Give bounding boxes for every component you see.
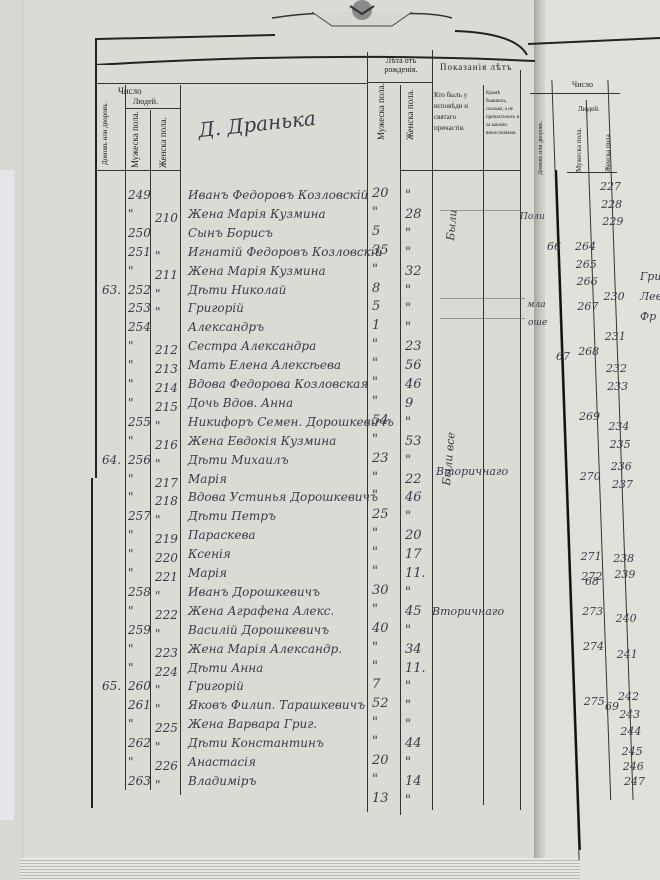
age-male: " xyxy=(372,772,378,787)
age-female: 56 xyxy=(405,358,422,373)
female-number: 215 xyxy=(155,400,178,414)
remark-dash-3: оше xyxy=(528,318,547,328)
female-number: " xyxy=(155,627,161,641)
right-male-number: 265 xyxy=(576,258,597,271)
male-number: 261 xyxy=(128,698,151,712)
female-number: 221 xyxy=(155,570,178,584)
header-leta-male: Мужеска пола. xyxy=(376,85,386,140)
person-name: Никифоръ Семен. Дорошкевичъ xyxy=(188,415,394,429)
header-rule xyxy=(97,83,367,84)
age-female: " xyxy=(405,623,411,638)
header-chislo: Число xyxy=(118,86,142,96)
male-number: 254 xyxy=(128,320,151,334)
right-female-number: 233 xyxy=(607,380,628,393)
person-name: Сынъ Борисъ xyxy=(188,226,273,240)
age-male: 8 xyxy=(372,281,380,296)
age-male: " xyxy=(372,602,378,617)
header-lyudey: Людей. xyxy=(133,97,158,106)
age-female: " xyxy=(405,320,411,335)
person-name: Жена Марія Кузмина xyxy=(188,264,326,278)
person-name: Вдова Федорова Козловская xyxy=(188,377,368,391)
age-female: 44 xyxy=(405,736,422,751)
female-number: 224 xyxy=(155,665,178,679)
col-line xyxy=(367,52,368,812)
female-number: 210 xyxy=(155,211,178,225)
header-kto: Кто былъ у исповѣди и святаго причастія. xyxy=(434,90,482,134)
age-male: " xyxy=(372,337,378,352)
male-number: 256 xyxy=(128,453,151,467)
female-number: " xyxy=(155,702,161,716)
male-number: 259 xyxy=(128,623,151,637)
female-number: 226 xyxy=(155,759,178,773)
remark-dash-line xyxy=(440,318,525,319)
male-number: " xyxy=(128,642,134,656)
age-female: 28 xyxy=(405,207,422,222)
male-number: " xyxy=(128,377,134,391)
female-number: 212 xyxy=(155,343,178,357)
right-female-number: 241 xyxy=(617,648,638,661)
right-house-number: 69 xyxy=(605,700,619,713)
remark-vertical-2: Были xyxy=(444,209,460,241)
age-female: 34 xyxy=(405,642,422,657)
male-number: 257 xyxy=(128,509,151,523)
right-female-number: 238 xyxy=(613,552,634,565)
person-name: Владиміръ xyxy=(188,774,256,788)
male-number: 262 xyxy=(128,736,151,750)
male-number: " xyxy=(128,472,134,486)
right-male-number: 264 xyxy=(575,240,596,253)
right-header-lyudey: Людей. xyxy=(578,105,600,113)
background-card xyxy=(0,170,14,820)
male-number: " xyxy=(128,566,134,580)
male-number: 253 xyxy=(128,301,151,315)
male-number: " xyxy=(128,755,134,769)
person-name: Марія xyxy=(188,472,227,486)
age-male: " xyxy=(372,715,378,730)
female-number: 211 xyxy=(155,268,178,282)
male-number: 250 xyxy=(128,226,151,240)
male-number: 255 xyxy=(128,415,151,429)
male-number: " xyxy=(128,604,134,618)
female-number: 220 xyxy=(155,551,178,565)
age-male: " xyxy=(372,640,378,655)
female-number: 214 xyxy=(155,381,178,395)
male-number: 258 xyxy=(128,585,151,599)
age-male: 25 xyxy=(372,507,389,522)
age-male: " xyxy=(372,659,378,674)
double-headed-eagle-emblem-icon xyxy=(272,0,452,28)
right-header-female: Женска пола. xyxy=(604,117,612,172)
col-line xyxy=(483,85,484,805)
age-male: 13 xyxy=(372,791,389,806)
age-male: " xyxy=(372,205,378,220)
right-female-number: 235 xyxy=(610,438,631,451)
right-female-number: 245 xyxy=(622,745,643,758)
left-frame-line xyxy=(95,38,97,478)
right-male-number: 275 xyxy=(584,695,605,708)
age-female: " xyxy=(405,415,411,430)
age-male: 52 xyxy=(372,696,389,711)
age-female: 17 xyxy=(405,547,422,562)
age-female: " xyxy=(405,793,411,808)
age-female: " xyxy=(405,717,411,732)
female-number: 217 xyxy=(155,476,178,490)
female-number: " xyxy=(155,457,161,471)
person-name: Жена Варвара Григ. xyxy=(188,717,317,731)
right-male-number: 268 xyxy=(578,345,599,358)
age-male: 5 xyxy=(372,224,380,239)
female-number: 216 xyxy=(155,438,178,452)
left-frame-line-lower xyxy=(91,478,93,808)
header-female: Женска пола. xyxy=(158,108,168,168)
col-line xyxy=(180,85,181,795)
right-female-number: 229 xyxy=(602,215,623,228)
male-number: 260 xyxy=(128,679,151,693)
age-male: " xyxy=(372,356,378,371)
person-name: Игнатій Федоровъ Козловскій xyxy=(188,245,382,259)
person-name: Марія xyxy=(188,566,227,580)
female-number: " xyxy=(155,778,161,792)
age-female: 20 xyxy=(405,528,422,543)
right-female-number: 240 xyxy=(616,612,637,625)
female-number: " xyxy=(155,513,161,527)
person-name: Дѣти Анна xyxy=(188,661,263,675)
male-number: " xyxy=(128,207,134,221)
right-name-fragment: Лев xyxy=(640,290,660,303)
male-number: 251 xyxy=(128,245,151,259)
person-name: Анастасія xyxy=(188,755,256,769)
right-female-number: 246 xyxy=(623,760,644,773)
header-leta-female: Женска пола. xyxy=(405,85,415,140)
person-name: Жена Марія Кузмина xyxy=(188,207,326,221)
age-male: " xyxy=(372,734,378,749)
col-line xyxy=(125,85,126,790)
age-male: 20 xyxy=(372,186,389,201)
house-number: 63. xyxy=(102,283,121,297)
age-male: 40 xyxy=(372,621,389,636)
female-number: 225 xyxy=(155,721,178,735)
page-edges xyxy=(20,858,580,880)
age-female: 32 xyxy=(405,264,422,279)
age-female: 45 xyxy=(405,604,422,619)
person-name: Жена Аграфена Алекс. xyxy=(188,604,334,618)
right-female-number: 234 xyxy=(608,420,629,433)
header-krome: Кромѣ бывшихъ, сколько, а не причастилис… xyxy=(486,90,520,138)
age-female: 9 xyxy=(405,396,413,411)
age-male: " xyxy=(372,394,378,409)
right-male-number: 274 xyxy=(583,640,604,653)
age-female: " xyxy=(405,755,411,770)
female-number: 219 xyxy=(155,532,178,546)
age-male: 1 xyxy=(372,318,380,333)
male-number: " xyxy=(128,547,134,561)
right-female-number: 230 xyxy=(604,290,625,303)
person-name: Сестра Александра xyxy=(188,339,316,353)
male-number: " xyxy=(128,264,134,278)
right-female-number: 236 xyxy=(611,460,632,473)
female-number: 223 xyxy=(155,646,178,660)
age-female: 53 xyxy=(405,434,422,449)
right-female-number: 244 xyxy=(620,725,641,738)
header-domov: Домовъ или дворовъ. xyxy=(101,95,109,165)
person-name: Александръ xyxy=(188,320,264,334)
remark-dash-1: Поли xyxy=(520,212,545,222)
male-number: " xyxy=(128,396,134,410)
female-number: 213 xyxy=(155,362,178,376)
right-female-number: 239 xyxy=(614,568,635,581)
age-female: " xyxy=(405,301,411,316)
header-leta: Лѣта отъ рожденія. xyxy=(372,56,430,74)
person-name: Иванъ Федоровъ Козловскій xyxy=(188,188,368,202)
right-header-chislo: Число xyxy=(572,80,593,89)
right-male-number: 269 xyxy=(579,410,600,423)
right-male-number: 267 xyxy=(577,300,598,313)
female-number: " xyxy=(155,287,161,301)
right-header-male: Мужеска пола. xyxy=(575,117,583,172)
person-name: Дѣти Петръ xyxy=(188,509,276,523)
female-number: " xyxy=(155,740,161,754)
right-male-number: 270 xyxy=(580,470,601,483)
house-number: 65. xyxy=(102,679,121,693)
right-female-number: 242 xyxy=(618,690,639,703)
female-number: 222 xyxy=(155,608,178,622)
person-name: Вдова Устинья Дорошкевичъ xyxy=(188,490,378,504)
age-female: 11. xyxy=(405,566,426,581)
age-male: " xyxy=(372,375,378,390)
person-name: Яковъ Филип. Тарашкевичъ xyxy=(188,698,365,712)
header-rule xyxy=(97,170,180,171)
right-male-number: 271 xyxy=(581,550,602,563)
female-number: 218 xyxy=(155,494,178,508)
right-house-number: 66 xyxy=(547,240,561,253)
age-female: 11. xyxy=(405,661,426,676)
male-number: " xyxy=(128,490,134,504)
right-header-rule xyxy=(530,93,620,94)
person-name: Григорій xyxy=(188,679,244,693)
right-house-number: 67 xyxy=(556,350,570,363)
age-male: " xyxy=(372,470,378,485)
age-male: 20 xyxy=(372,753,389,768)
age-female: 14 xyxy=(405,774,422,789)
male-number: 252 xyxy=(128,283,151,297)
right-female-number: 247 xyxy=(624,775,645,788)
age-male: " xyxy=(372,488,378,503)
col-line xyxy=(400,85,401,815)
male-number: " xyxy=(128,339,134,353)
top-border-curve xyxy=(95,25,540,65)
female-number: " xyxy=(155,249,161,263)
age-female: 46 xyxy=(405,490,422,505)
right-name-fragment: Фр xyxy=(640,310,656,323)
right-top-border xyxy=(528,30,660,50)
header-male: Мужеска пола. xyxy=(130,108,140,168)
remark-dash-line xyxy=(440,298,525,299)
person-name: Иванъ Дорошкевичъ xyxy=(188,585,320,599)
male-number: " xyxy=(128,661,134,675)
female-number: " xyxy=(155,305,161,319)
house-number: 64. xyxy=(102,453,121,467)
person-name: Василій Дорошкевичъ xyxy=(188,623,329,637)
right-female-number: 231 xyxy=(605,330,626,343)
age-female: " xyxy=(405,453,411,468)
col-line xyxy=(520,70,521,810)
right-female-number: 228 xyxy=(601,198,622,211)
age-male: 30 xyxy=(372,583,389,598)
person-name: Ксенія xyxy=(188,547,231,561)
age-female: 46 xyxy=(405,377,422,392)
age-female: 22 xyxy=(405,472,422,487)
right-female-number: 232 xyxy=(606,362,627,375)
age-male: 54 xyxy=(372,413,389,428)
age-male: " xyxy=(372,262,378,277)
right-name-fragment: Гри xyxy=(640,270,660,283)
person-name: Дѣти Константинъ xyxy=(188,736,324,750)
person-name: Григорій xyxy=(188,301,244,315)
right-female-number: 243 xyxy=(619,708,640,721)
col-line xyxy=(432,50,433,810)
remark-vtorichno-1: Вторичнаго xyxy=(436,465,508,478)
person-name: Параскева xyxy=(188,528,256,542)
age-male: 23 xyxy=(372,451,389,466)
female-number: " xyxy=(155,419,161,433)
male-number: 249 xyxy=(128,188,151,202)
age-male: 7 xyxy=(372,677,380,692)
right-male-number: 272 xyxy=(581,570,602,583)
age-male: " xyxy=(372,545,378,560)
age-male: " xyxy=(372,526,378,541)
age-female: " xyxy=(405,509,411,524)
age-female: " xyxy=(405,698,411,713)
right-female-number: 227 xyxy=(600,180,621,193)
age-male: " xyxy=(372,432,378,447)
header-pokazania: Показанія лѣтъ xyxy=(440,62,512,72)
right-header-domov: Домовъ или дворовъ. xyxy=(538,105,544,175)
person-name: Дѣти Николай xyxy=(188,283,286,297)
age-female: " xyxy=(405,188,411,203)
male-number: " xyxy=(128,434,134,448)
age-female: 23 xyxy=(405,339,422,354)
age-female: " xyxy=(405,226,411,241)
person-name: Дѣти Михаилъ xyxy=(188,453,289,467)
person-name: Дочь Вдов. Анна xyxy=(188,396,293,410)
age-female: " xyxy=(405,585,411,600)
male-number: 263 xyxy=(128,774,151,788)
right-female-number: 237 xyxy=(612,478,633,491)
male-number: " xyxy=(128,358,134,372)
age-male: " xyxy=(372,564,378,579)
female-number: " xyxy=(155,589,161,603)
age-female: " xyxy=(405,679,411,694)
remark-dash-2: мла xyxy=(527,300,546,310)
remark-vtorichno-2: Вторичнаго xyxy=(432,605,504,618)
remark-dash-line xyxy=(440,210,520,211)
age-female: " xyxy=(405,245,411,260)
right-male-number: 273 xyxy=(582,605,603,618)
right-header-rule xyxy=(567,172,617,173)
person-name: Жена Евдокія Кузмина xyxy=(188,434,336,448)
person-name: Жена Марія Александр. xyxy=(188,642,342,656)
male-number: " xyxy=(128,528,134,542)
person-name: Мать Елена Алексѣева xyxy=(188,358,341,372)
right-male-number: 266 xyxy=(577,275,598,288)
header-rule xyxy=(400,170,520,171)
age-male: 35 xyxy=(372,243,389,258)
female-number: " xyxy=(155,683,161,697)
male-number: " xyxy=(128,717,134,731)
age-male: 5 xyxy=(372,299,380,314)
age-female: " xyxy=(405,283,411,298)
